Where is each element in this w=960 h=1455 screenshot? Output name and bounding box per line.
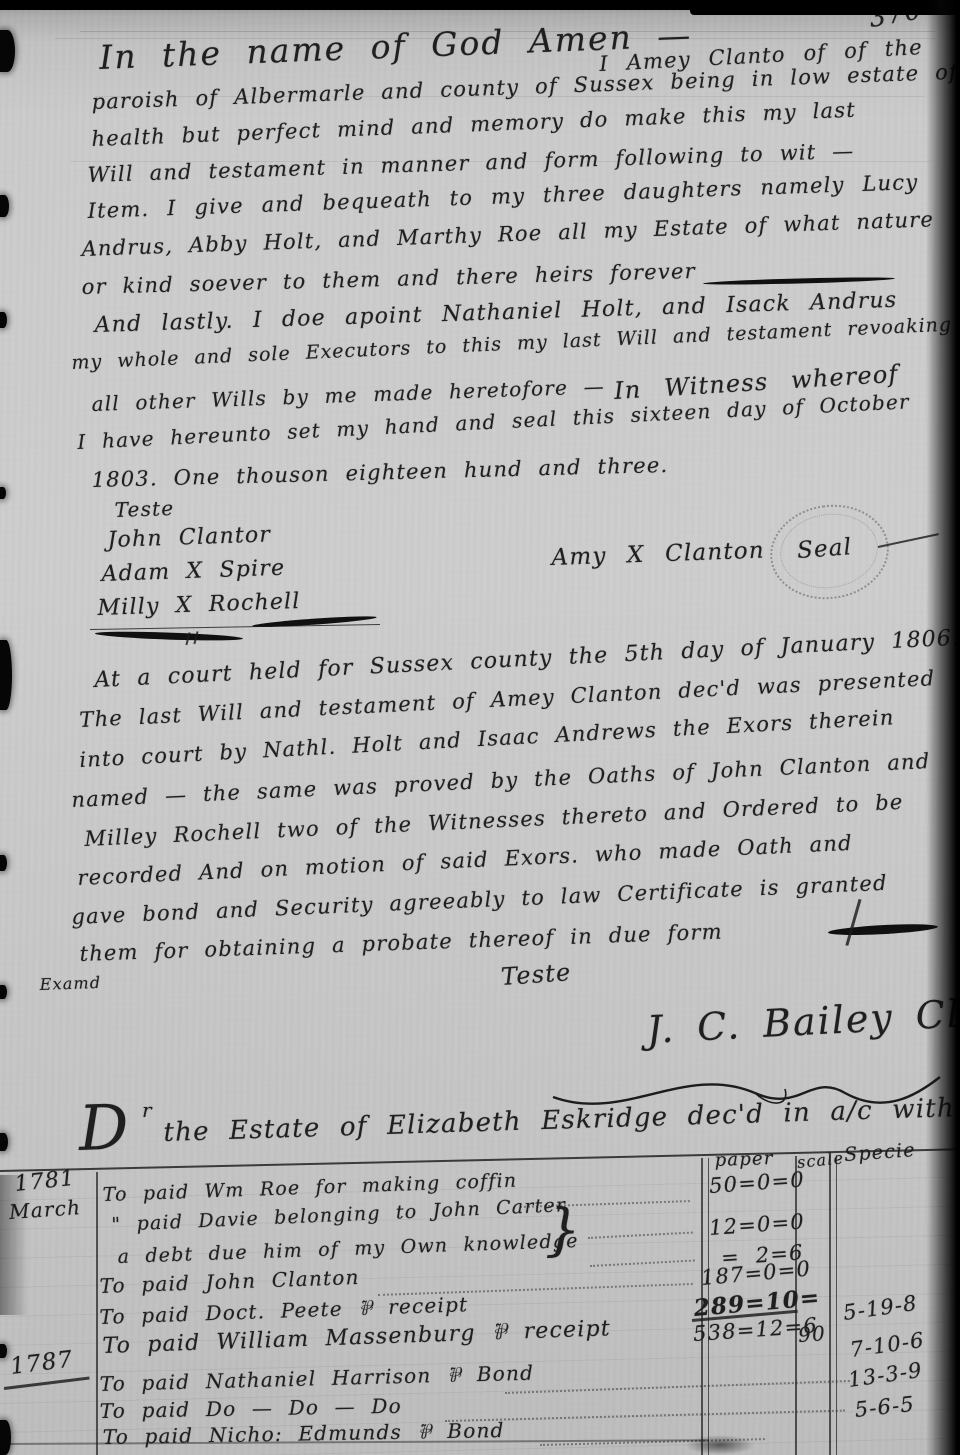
scan-edge-mark [0,1133,8,1151]
ink-dash-forever [703,276,895,286]
witness-name: Adam X Spire [101,556,285,587]
ledger-title-superscript: r [142,1098,153,1122]
scan-edge-right [926,0,960,1455]
scan-edge-mark [0,195,9,217]
column-header-paper: paper [714,1148,774,1171]
scan-edge-mark [0,312,7,328]
scan-edge-mark [0,855,7,871]
ledger-title-initial: D [77,1090,130,1165]
will-line: or kind soever to them and there heirs f… [81,259,696,299]
witness-name: Milly X Rochell [97,589,301,621]
scan-edge-mark [0,985,7,999]
seal-label: Seal [796,534,853,564]
scan-edge-mark [0,1344,7,1358]
teste-label-probate: Teste [500,958,572,991]
will-line: 1803. One thouson eighteen hund and thre… [91,453,668,492]
ink-blot-dash [828,922,938,937]
witness-name: John Clantor [107,522,271,553]
ink-flourish [95,630,243,642]
ledger-amount-scale: 90 [797,1321,826,1347]
scan-edge-mark [0,487,6,499]
examined-note: Examd [39,973,101,994]
scan-edge-mark [0,30,15,72]
testator-mark-signature: Amy X Clanton [551,538,765,571]
ledger-date-month: March [8,1195,82,1224]
scan-edge-mark [0,640,12,710]
ink-blot-stroke [845,899,861,946]
scan-edge-top-right [690,0,960,15]
teste-label: Teste [114,496,175,522]
clerk-signature: J. C. Bailey Clk [646,990,960,1052]
ink-flourish [252,614,377,629]
probate-line: them for obtaining a probate thereof in … [79,920,723,966]
manuscript-page: 370 In the name of God Amen — I Amey Cla… [0,0,960,1455]
scan-edge-mark [0,1420,11,1455]
witness-underline [90,624,380,630]
